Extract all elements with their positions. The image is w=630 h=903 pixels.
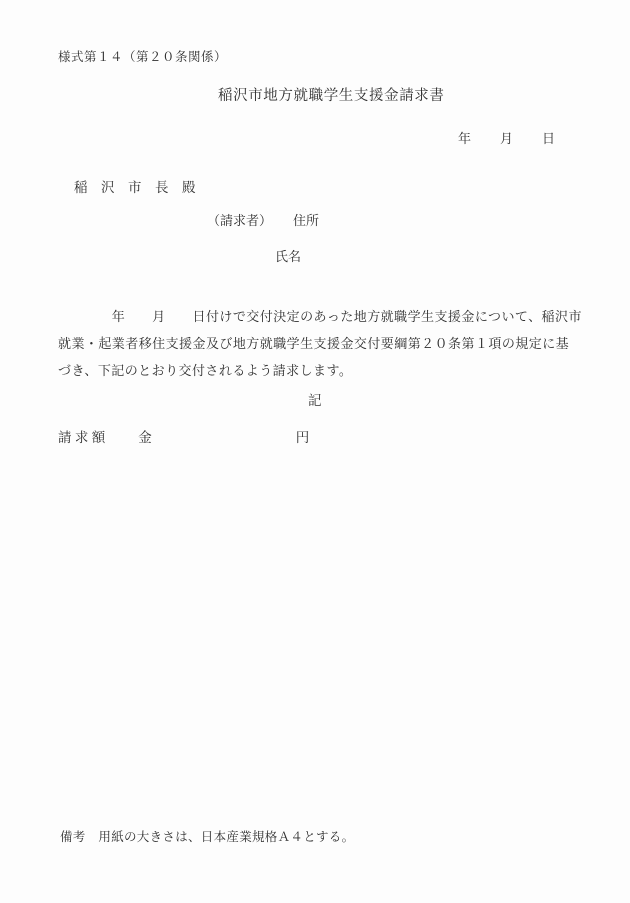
body-line-2: 就業・起業者移住支援金及び地方就職学生支援金交付要綱第２０条第１項の規定に基 [58, 330, 574, 357]
body-line-1: 年 月 日付けで交付決定のあった地方就職学生支援金について、稲沢市 [58, 303, 574, 330]
page-title: 稲沢市地方就職学生支援金請求書 [218, 84, 445, 105]
remarks-note: 備考 用紙の大きさは、日本産業規格Ａ４とする。 [60, 827, 354, 845]
claim-amount-line: 請 求 額金円 [58, 426, 309, 446]
document-page: 様式第１４（第２０条関係） 稲沢市地方就職学生支援金請求書 年 月 日 稲 沢 … [0, 0, 630, 903]
requester-line: （請求者）住所 [207, 210, 319, 229]
form-number: 様式第１４（第２０条関係） [58, 47, 227, 65]
date-line: 年 月 日 [458, 128, 556, 147]
amount-suffix: 円 [296, 430, 310, 445]
address-label: 住所 [293, 213, 319, 228]
addressee-mayor: 稲 沢 市 長 殿 [74, 176, 196, 196]
name-label: 氏名 [275, 246, 301, 265]
body-line-3: づき、下記のとおり交付されるよう請求します。 [58, 357, 574, 384]
body-paragraph: 年 月 日付けで交付決定のあった地方就職学生支援金について、稲沢市 就業・起業者… [58, 303, 574, 384]
claim-amount-label: 請 求 額 [58, 430, 105, 445]
requester-label: （請求者） [207, 213, 272, 228]
record-marker: 記 [308, 389, 322, 409]
amount-prefix: 金 [138, 430, 152, 445]
